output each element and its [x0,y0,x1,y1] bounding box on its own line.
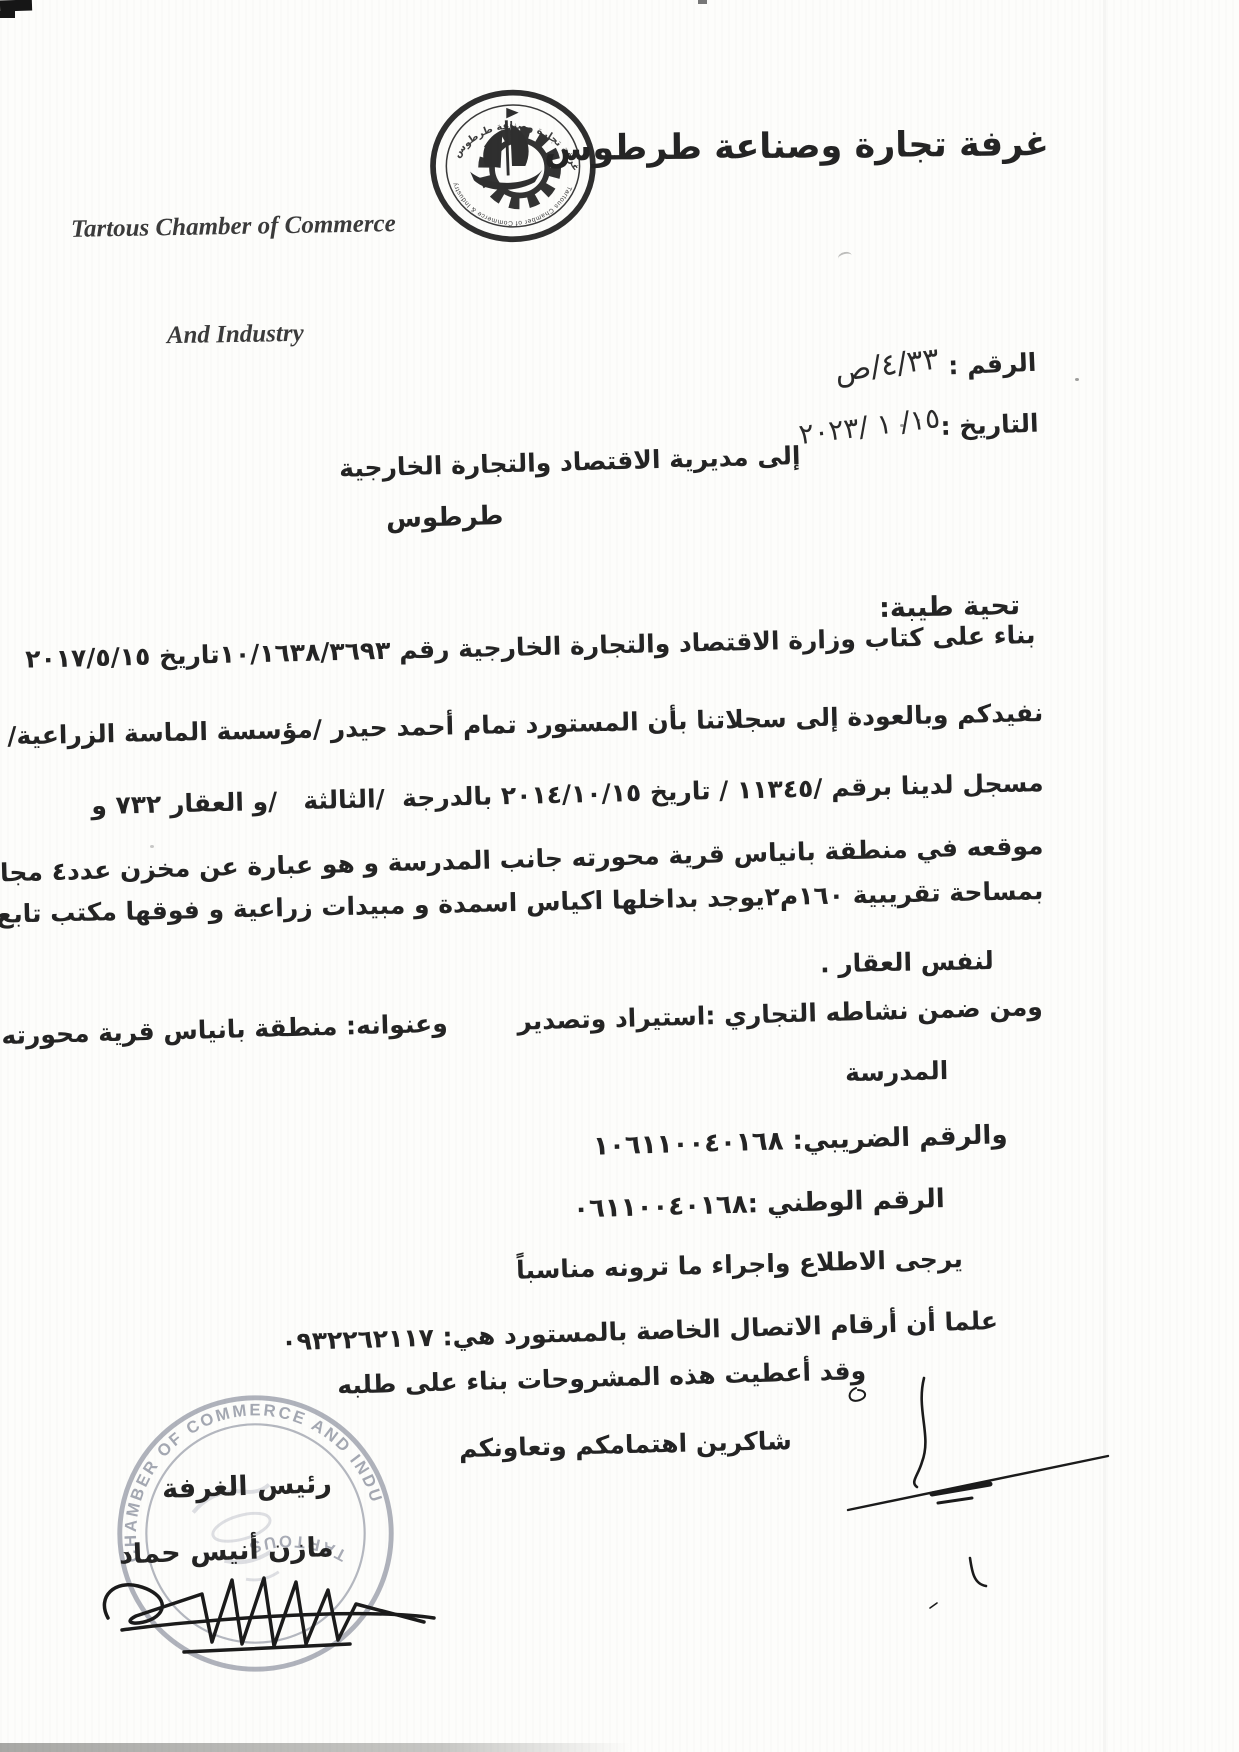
date-label: التاريخ : [940,409,1039,441]
body-line-2: نفيدكم وبالعودة إلى سجلاتنا بأن المستورد… [7,698,1044,751]
body-line-7: ومن ضمن نشاطه التجاري :استيراد وتصدير وع… [0,992,1043,1052]
body-line-8: المدرسة [844,1056,948,1087]
body-line-5: بمساحة تقريبية ١٦٠م٢يوجد بداخلها اكياس ا… [0,876,1043,929]
org-name-english-line1: Tartous Chamber of Commerce [47,205,420,248]
scan-corner-artifact [0,0,32,12]
recipient-city: طرطوس [385,501,503,534]
org-name-english: Tartous Chamber of Commerce And Industry [46,133,422,393]
org-name-english-line2: And Industry [49,314,422,357]
body-line-13: وقد أعطيت هذه المشروحات بناء على طلبه [337,1356,867,1400]
body-line-14: شاكرين اهتمامكم وتعاونكم [459,1426,792,1463]
scanned-letter-page: { "ink_color": "#242424", "stamp_color":… [0,0,1239,1752]
body-line-12: علما أن أرقام الاتصال الخاصة بالمستورد ه… [281,1306,998,1356]
body-line-10: الرقم الوطني :٠٦١١٠٠٤٠١٦٨ [573,1184,945,1224]
ink-speck [150,845,154,848]
greeting-line: تحية طيبة: [879,590,1021,624]
signatory-title: رئيس الغرفة [162,1468,333,1505]
page-bottom-edge [0,1743,630,1752]
body-line-1: بناء على كتاب وزارة الاقتصاد والتجارة ال… [24,620,1035,674]
body-line-11: يرجى الاطلاع واجراء ما ترونه مناسباً [516,1244,963,1285]
signature-scribble [92,1562,462,1692]
ink-speck [1075,378,1079,381]
ref-number-label: الرقم : [939,348,1037,381]
scan-edge-speck [698,0,707,4]
handwritten-initials [820,1370,1130,1620]
org-name-arabic: غرفة تجارة وصناعة طرطوس [544,124,1049,169]
recipient-line: إلى مديرية الاقتصاد والتجارة الخارجية [338,441,800,483]
date-value: ٢٠٢٣/ ١ /١٥ [796,401,941,451]
date-line: التاريخ :٢٠٢٣/ ١ /١٥ [797,376,1056,447]
body-line-6: لنفس العقار . [820,946,994,978]
pen-mark [837,250,853,263]
body-line-9: والرقم الضريبي: ١٠٦١١٠٠٤٠١٦٨ [593,1120,1008,1162]
body-line-3: مسجل لدينا برقم /١١٣٤٥ / تاريخ ٢٠١٤/١٠/١… [90,768,1043,820]
scan-corner-artifact [0,11,15,18]
